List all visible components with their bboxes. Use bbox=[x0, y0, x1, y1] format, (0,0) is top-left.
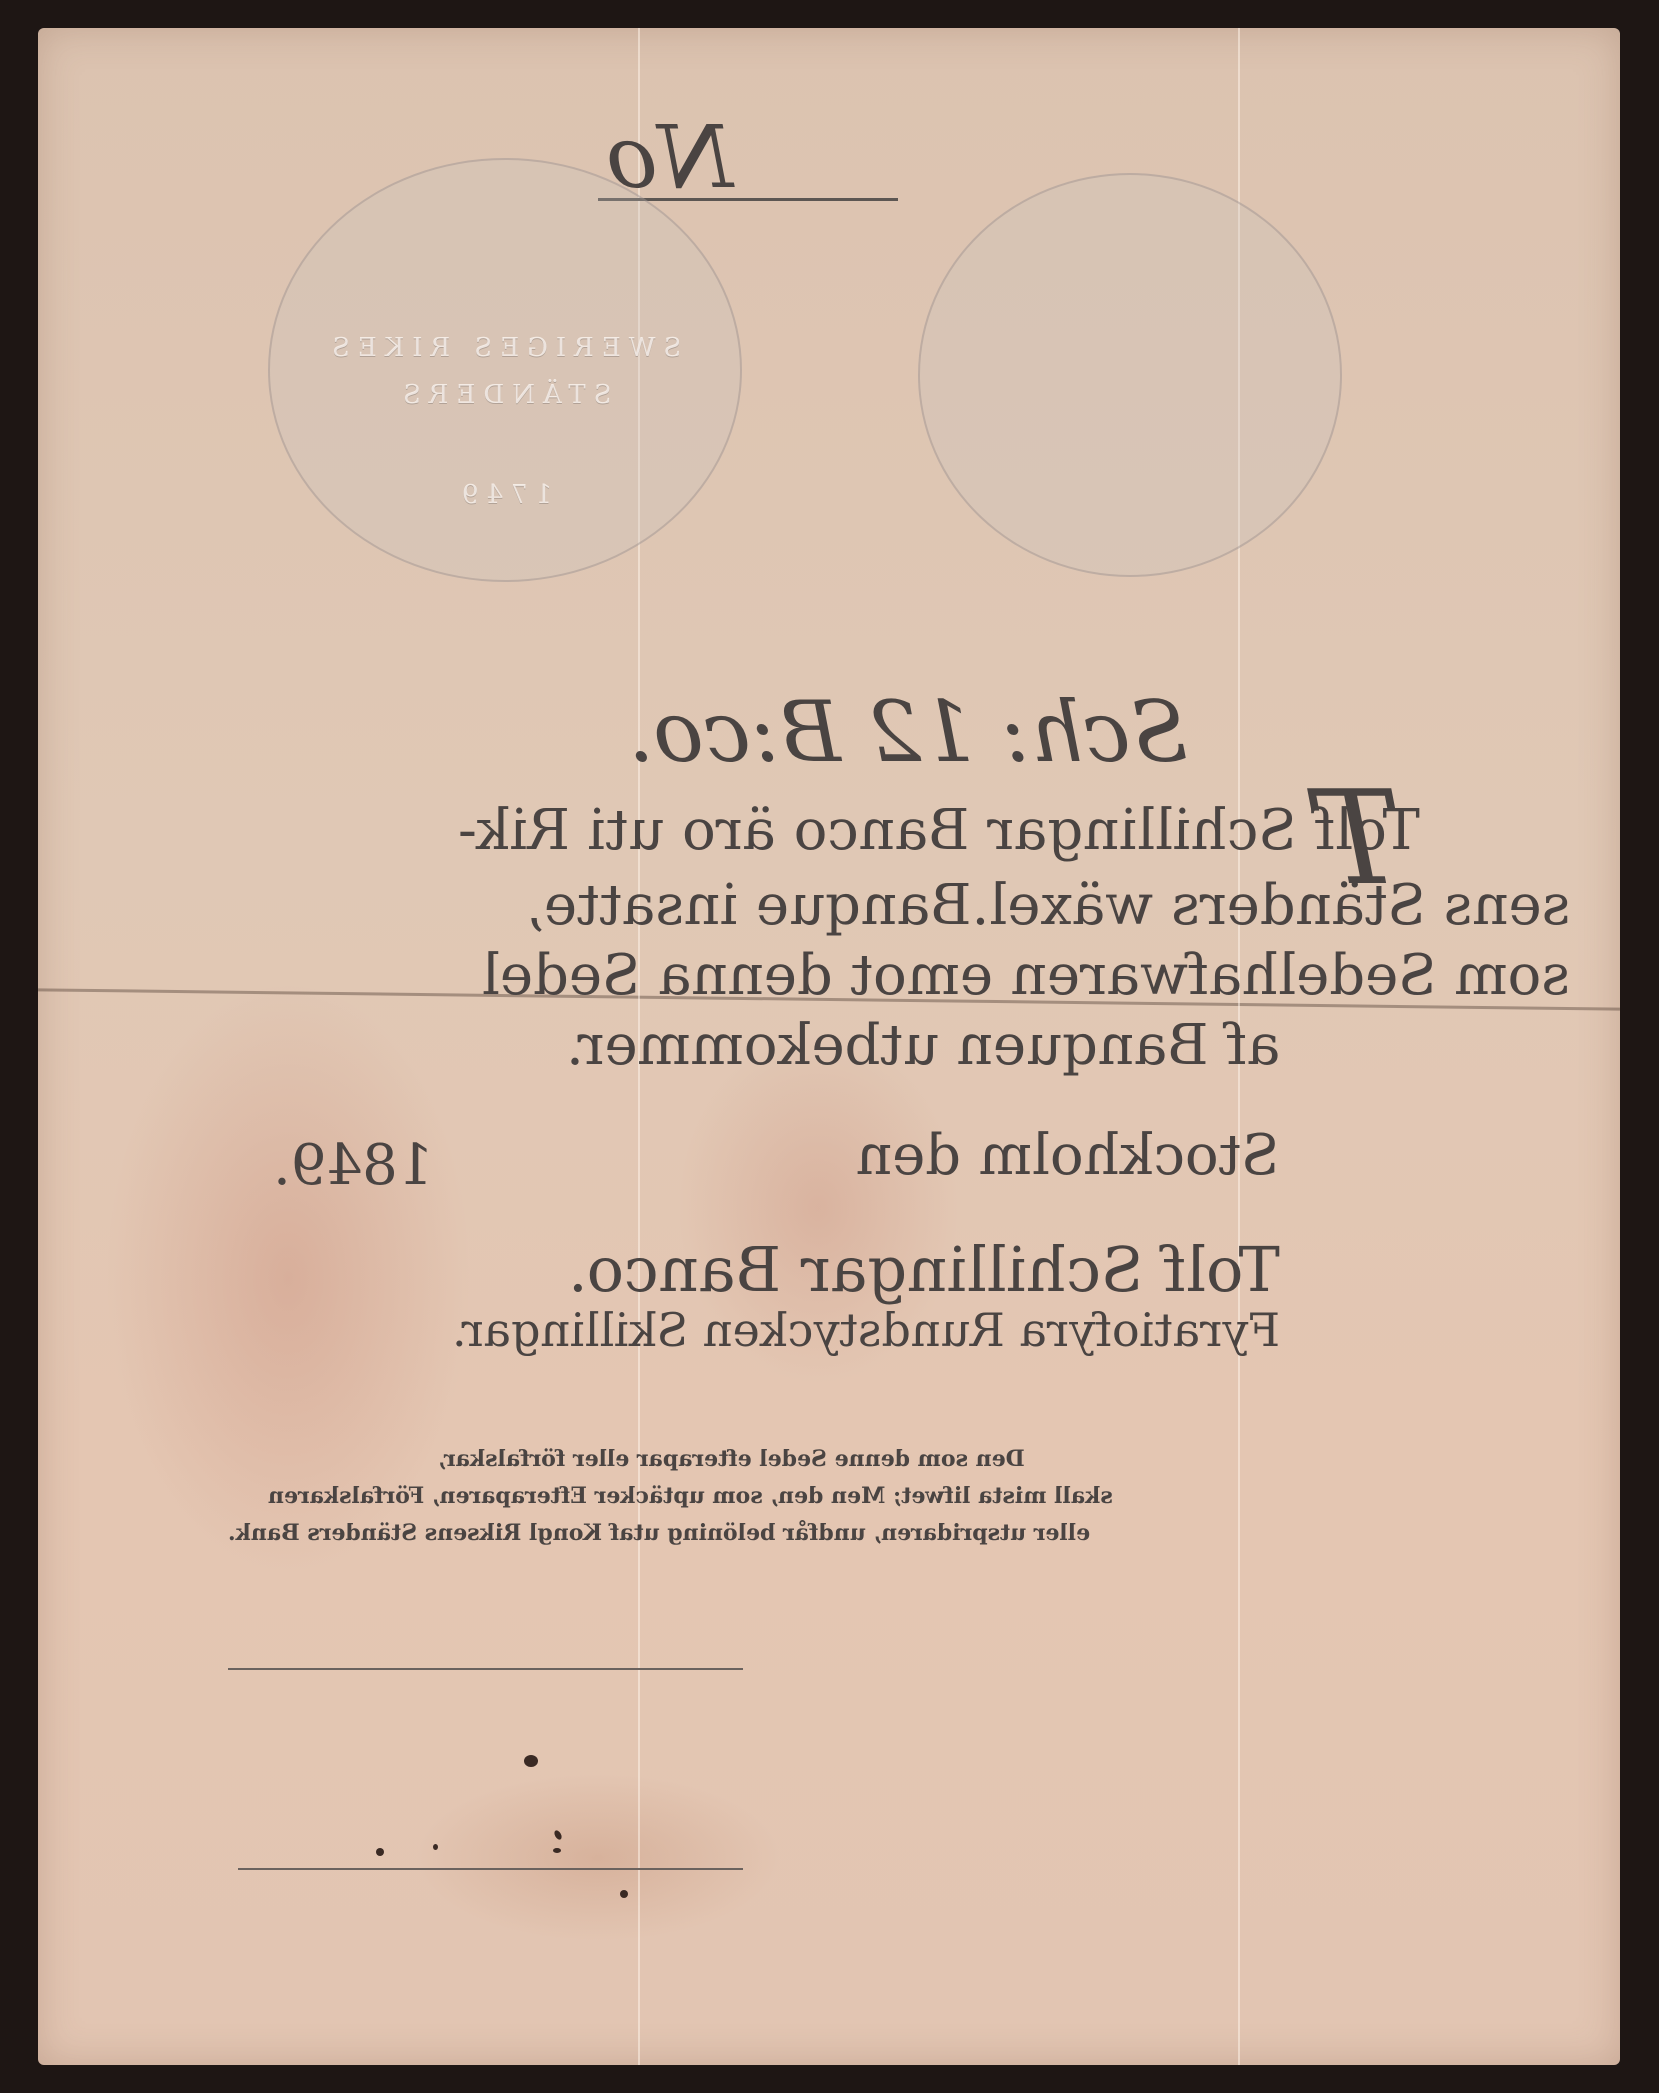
seal-text-line1: SWERIGES RIKES bbox=[268, 333, 738, 363]
signature-line-1 bbox=[228, 1668, 743, 1670]
warning-line-2: skall mista lifwet; Men den, som uptäcke… bbox=[268, 1483, 1113, 1509]
banknote-paper: No SWERIGES RIKES STÄNDERS 1749 Sch: 12 … bbox=[38, 28, 1620, 2065]
warning-line-1: Den som denne Sedel efterapar eller förf… bbox=[438, 1446, 1025, 1472]
embossed-seal-left bbox=[268, 158, 742, 582]
embossed-seal-right bbox=[918, 173, 1342, 577]
warning-line-3: eller utspridaren, undfår belöning utaf … bbox=[228, 1520, 1090, 1546]
body-line-4: af Banquen utbekommer. bbox=[566, 1013, 1280, 1078]
seal-text-year: 1749 bbox=[268, 480, 738, 510]
ink-spot bbox=[524, 1755, 538, 1767]
issue-year: 1849. bbox=[273, 1133, 433, 1198]
place-date: Stockholm den bbox=[856, 1123, 1280, 1188]
ink-spot bbox=[433, 1844, 438, 1850]
amount-words: Tolf Schillingar Banco. bbox=[568, 1233, 1280, 1306]
body-line-2: sens Ständers wäxel.Banque insatte, bbox=[526, 873, 1570, 938]
ink-spot bbox=[620, 1890, 628, 1898]
body-line-3: som Sedelhafwaren emot denna Sedel bbox=[482, 943, 1570, 1008]
ink-spot bbox=[376, 1848, 384, 1856]
body-line-1: Tolf Schillingar Banco äro uti Rik- bbox=[458, 798, 1420, 863]
ink-spot bbox=[553, 1829, 563, 1841]
ink-spot bbox=[553, 1848, 561, 1853]
amount-words-2: Fyratiofyra Rundstycken Skillingar. bbox=[452, 1303, 1280, 1357]
seal-text-line2: STÄNDERS bbox=[268, 380, 738, 410]
signature-line-2 bbox=[238, 1868, 743, 1870]
denomination: Sch: 12 B:co. bbox=[628, 683, 1188, 781]
